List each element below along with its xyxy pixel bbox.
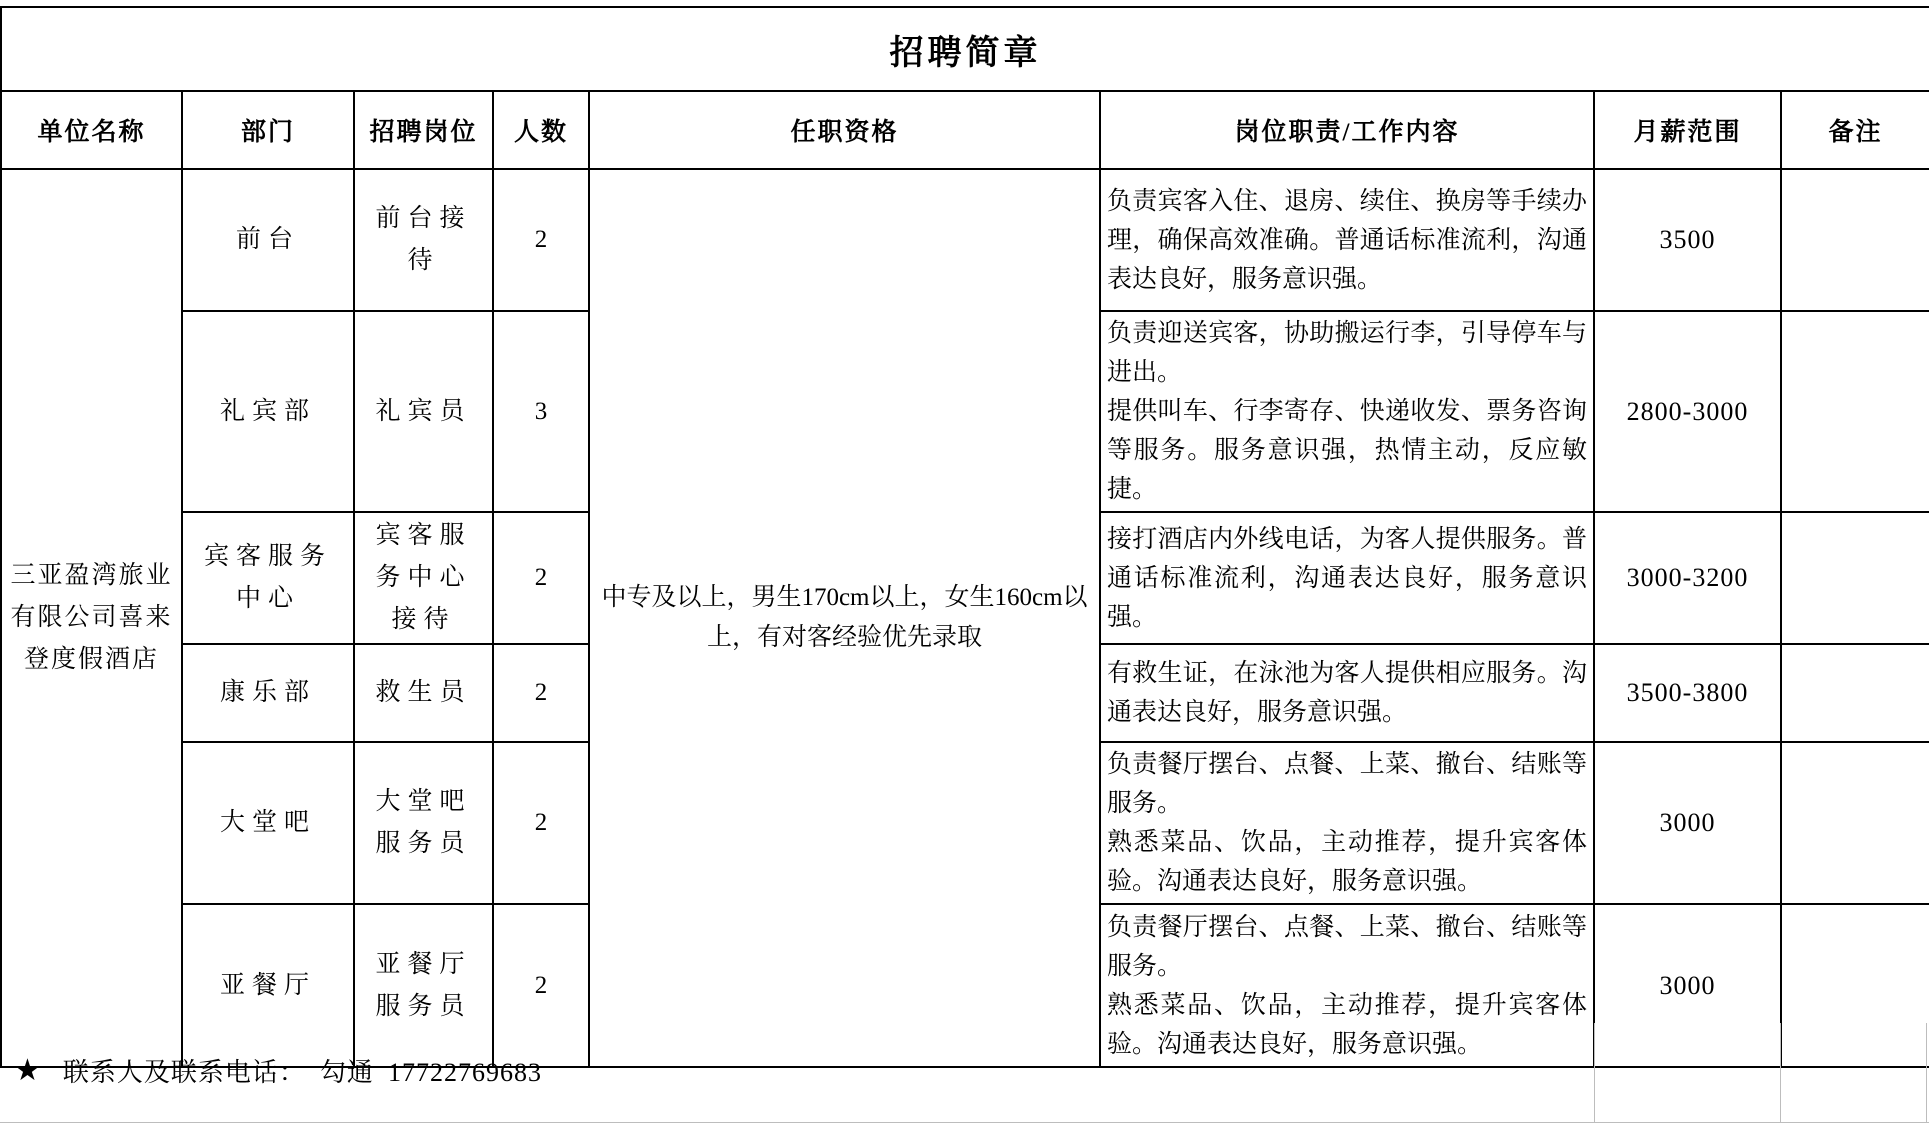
cell-count: 2 (493, 904, 589, 1067)
table-row: 三亚盈湾旅业有限公司喜来登度假酒店 前台 前台接待 2 中专及以上，男生170c… (1, 169, 1929, 311)
recruitment-table: 招聘简章 单位名称 部门 招聘岗位 人数 任职资格 岗位职责/工作内容 月薪范围… (0, 6, 1929, 1068)
cell-position: 前台接待 (354, 169, 493, 311)
contact-line: 联系人及联系电话： 勾通 17722769683 (63, 1052, 542, 1089)
cell-duty: 负责迎送宾客，协助搬运行李，引导停车与进出。 提供叫车、行李寄存、快递收发、票务… (1100, 311, 1594, 512)
cell-position: 礼宾员 (354, 311, 493, 512)
col-header-duty: 岗位职责/工作内容 (1100, 91, 1594, 169)
gridline-remnant (0, 1122, 1929, 1123)
cell-note (1781, 512, 1929, 644)
col-header-note: 备注 (1781, 91, 1929, 169)
col-header-company: 单位名称 (1, 91, 182, 169)
gridline-remnant (1926, 1023, 1927, 1122)
contact-name: 勾通 (320, 1052, 374, 1089)
cell-department: 大堂吧 (182, 742, 354, 904)
cell-count: 3 (493, 311, 589, 512)
cell-department: 礼宾部 (182, 311, 354, 512)
cell-qualification: 中专及以上，男生170cm以上，女生160cm以上，有对客经验优先录取 (589, 169, 1100, 1067)
cell-position: 宾客服务中心接待 (354, 512, 493, 644)
title-row: 招聘简章 (1, 7, 1929, 91)
cell-note (1781, 644, 1929, 742)
contact-footer: ★ 联系人及联系电话： 勾通 17722769683 (14, 1052, 542, 1089)
cell-salary: 2800-3000 (1594, 311, 1781, 512)
cell-duty: 负责宾客入住、退房、续住、换房等手续办理，确保高效准确。普通话标准流利，沟通表达… (1100, 169, 1594, 311)
cell-salary: 3500 (1594, 169, 1781, 311)
cell-department: 康乐部 (182, 644, 354, 742)
cell-salary: 3000-3200 (1594, 512, 1781, 644)
recruitment-notice-page: 招聘简章 单位名称 部门 招聘岗位 人数 任职资格 岗位职责/工作内容 月薪范围… (0, 0, 1929, 1127)
cell-duty: 有救生证，在泳池为客人提供相应服务。沟通表达良好，服务意识强。 (1100, 644, 1594, 742)
cell-count: 2 (493, 512, 589, 644)
cell-note (1781, 311, 1929, 512)
cell-company-name: 三亚盈湾旅业有限公司喜来登度假酒店 (1, 169, 182, 1067)
contact-label: 联系人及联系电话： (63, 1052, 306, 1089)
contact-phone: 17722769683 (388, 1058, 542, 1088)
star-icon: ★ (14, 1056, 41, 1086)
cell-note (1781, 742, 1929, 904)
gridline-remnant (1594, 1023, 1595, 1122)
cell-count: 2 (493, 742, 589, 904)
cell-duty: 接打酒店内外线电话，为客人提供服务。普通话标准流利，沟通表达良好，服务意识强。 (1100, 512, 1594, 644)
cell-department: 前台 (182, 169, 354, 311)
page-title: 招聘简章 (1, 7, 1929, 91)
cell-salary: 3000 (1594, 742, 1781, 904)
header-row: 单位名称 部门 招聘岗位 人数 任职资格 岗位职责/工作内容 月薪范围 备注 (1, 91, 1929, 169)
cell-salary: 3500-3800 (1594, 644, 1781, 742)
gridline-remnant (1780, 1023, 1781, 1122)
cell-department: 亚餐厅 (182, 904, 354, 1067)
col-header-salary: 月薪范围 (1594, 91, 1781, 169)
col-header-position: 招聘岗位 (354, 91, 493, 169)
cell-count: 2 (493, 644, 589, 742)
cell-position: 救生员 (354, 644, 493, 742)
cell-position: 大堂吧服务员 (354, 742, 493, 904)
col-header-department: 部门 (182, 91, 354, 169)
cell-duty: 负责餐厅摆台、点餐、上菜、撤台、结账等服务。 熟悉菜品、饮品，主动推荐，提升宾客… (1100, 742, 1594, 904)
cell-count: 2 (493, 169, 589, 311)
col-header-count: 人数 (493, 91, 589, 169)
cell-note (1781, 904, 1929, 1067)
cell-department: 宾客服务中心 (182, 512, 354, 644)
col-header-qualification: 任职资格 (589, 91, 1100, 169)
cell-note (1781, 169, 1929, 311)
cell-position: 亚餐厅服务员 (354, 904, 493, 1067)
cell-salary: 3000 (1594, 904, 1781, 1067)
cell-duty: 负责餐厅摆台、点餐、上菜、撤台、结账等服务。 熟悉菜品、饮品，主动推荐，提升宾客… (1100, 904, 1594, 1067)
